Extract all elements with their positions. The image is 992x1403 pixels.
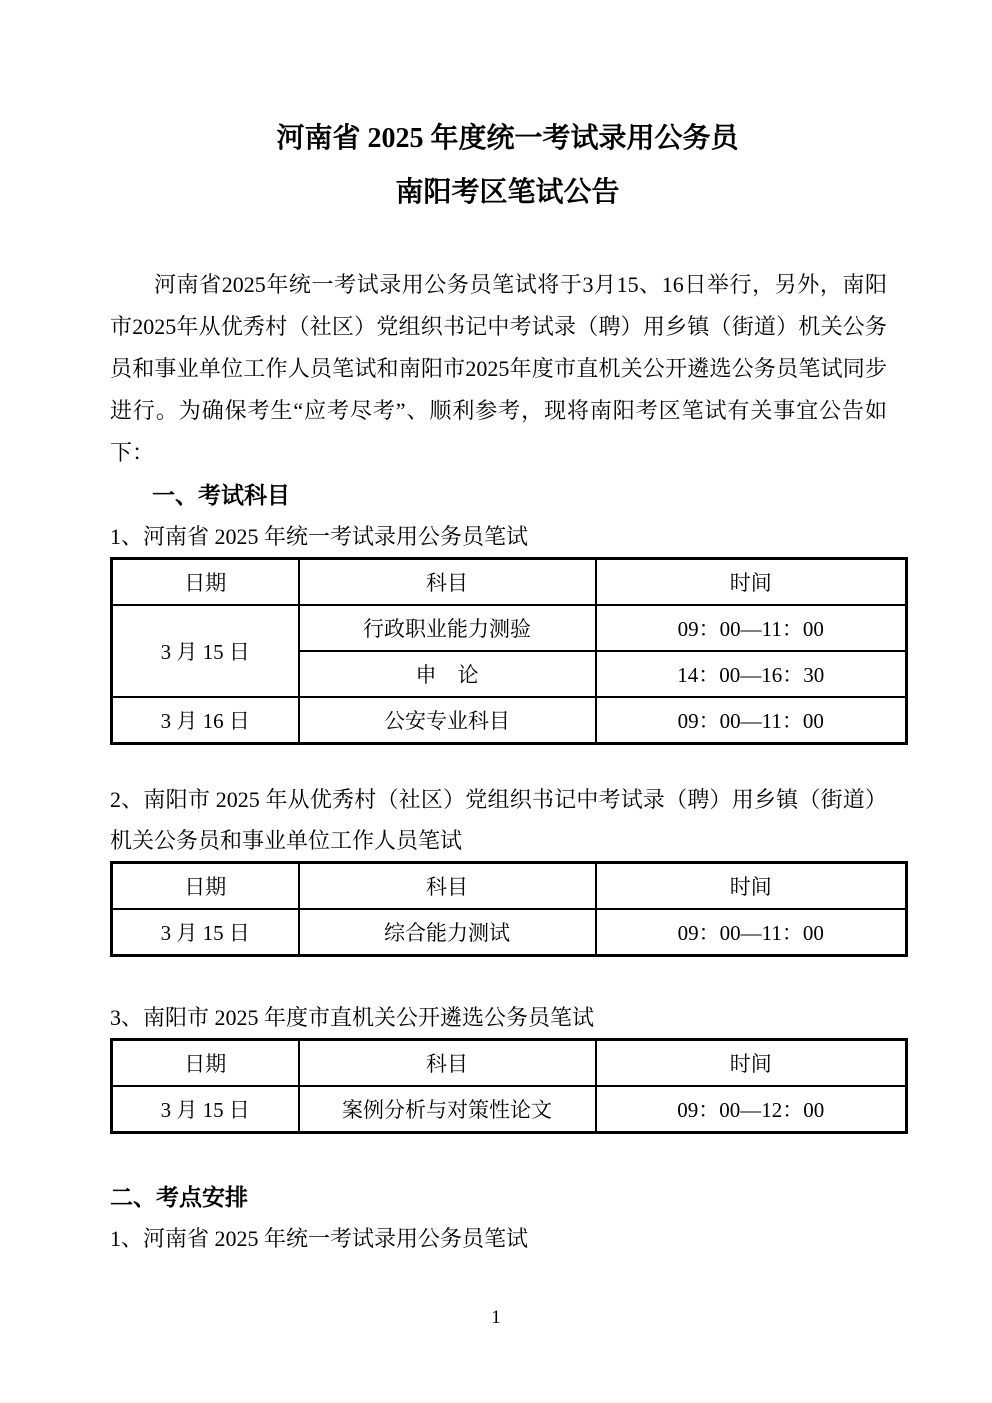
table-header-date: 日期 [112,863,299,910]
table-cell-date: 3 月 16 日 [112,697,299,744]
item2-label: 2、南阳市 2025 年从优秀村（社区）党组织书记中考试录（聘）用乡镇（街道）机… [110,779,905,861]
table-header-subject: 科目 [299,1040,596,1087]
page-number: 1 [0,1307,992,1329]
table-cell-time: 14：00—16：30 [596,651,907,697]
item3-label: 3、南阳市 2025 年度市直机关公开遴选公务员笔试 [110,997,905,1038]
table-header-time: 时间 [596,863,907,910]
table-cell-date: 3 月 15 日 [112,605,299,697]
table-cell-date: 3 月 15 日 [112,909,299,956]
table-row: 3 月 15 日 综合能力测试 09：00—11：00 [112,909,907,956]
table-cell-subject: 案例分析与对策性论文 [299,1086,596,1133]
table-header-time: 时间 [596,559,907,606]
table-row: 3 月 16 日 公安专业科目 09：00—11：00 [112,697,907,744]
table-cell-time: 09：00—11：00 [596,697,907,744]
table-header-row: 日期 科目 时间 [112,1040,907,1087]
table-row: 3 月 15 日 案例分析与对策性论文 09：00—12：00 [112,1086,907,1133]
table-header-date: 日期 [112,1040,299,1087]
table-cell-time: 09：00—11：00 [596,909,907,956]
page-title-line1: 河南省 2025 年度统一考试录用公务员 [110,112,905,166]
section-heading-exam-sites: 二、考点安排 [110,1176,905,1218]
exam-table-open-selection: 日期 科目 时间 3 月 15 日 案例分析与对策性论文 09：00—12：00 [110,1038,908,1134]
exam-table-village-recruitment: 日期 科目 时间 3 月 15 日 综合能力测试 09：00—11：00 [110,861,908,957]
table-cell-subject: 综合能力测试 [299,909,596,956]
table-cell-subject: 行政职业能力测验 [299,605,596,651]
table-header-row: 日期 科目 时间 [112,863,907,910]
table-header-row: 日期 科目 时间 [112,559,907,606]
item1-label: 1、河南省 2025 年统一考试录用公务员笔试 [110,516,905,557]
table-header-time: 时间 [596,1040,907,1087]
section-heading-exam-subjects: 一、考试科目 [110,474,905,516]
table-header-subject: 科目 [299,559,596,606]
document-page: 河南省 2025 年度统一考试录用公务员 南阳考区笔试公告 河南省2025年统一… [0,0,992,1403]
table-cell-time: 09：00—11：00 [596,605,907,651]
exam-table-provincial: 日期 科目 时间 3 月 15 日 行政职业能力测验 09：00—11：00 申… [110,557,908,745]
table-cell-date: 3 月 15 日 [112,1086,299,1133]
table-header-date: 日期 [112,559,299,606]
table-header-subject: 科目 [299,863,596,910]
exam-sites-item1-label: 1、河南省 2025 年统一考试录用公务员笔试 [110,1218,905,1259]
table-cell-subject: 公安专业科目 [299,697,596,744]
table-cell-time: 09：00—12：00 [596,1086,907,1133]
table-row: 3 月 15 日 行政职业能力测验 09：00—11：00 [112,605,907,651]
intro-paragraph: 河南省2025年统一考试录用公务员笔试将于3月15、16日举行，另外，南阳市20… [110,264,905,474]
page-title-line2: 南阳考区笔试公告 [110,166,905,220]
table-cell-subject: 申 论 [299,651,596,697]
